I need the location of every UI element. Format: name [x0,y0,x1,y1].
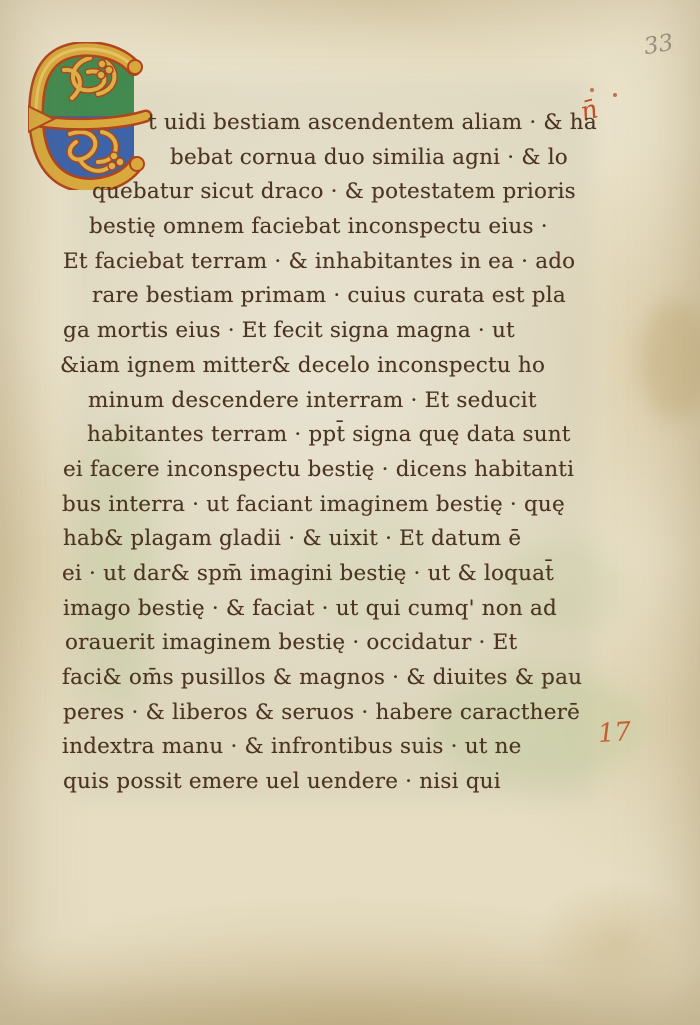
initial-finial [128,60,142,74]
text-line: &iam ignem mitter& decelo inconspectu ho [60,349,700,384]
text-line: peres · & liberos & seruos · habere cara… [63,696,700,731]
text-line: ei · ut dar& spm̄ imagini bestię · ut & … [62,557,700,592]
text-line: bebat cornua duo similia agni · & lo [170,141,700,176]
text-block: t uidi bestiam ascendentem aliam · & ha … [0,106,700,800]
text-line: imago bestię · & faciat · ut qui cumq' n… [63,592,700,627]
ink-dot [613,93,617,97]
manuscript-page: 33 n̄ 17 [0,0,700,1025]
ink-dot [590,88,594,92]
text-line: minum descendere interram · Et seducit [88,384,700,419]
text-line: hab& plagam gladii · & uixit · Et datum … [63,522,700,557]
text-line: orauerit imaginem bestię · occidatur · E… [65,626,700,661]
text-line: faci& om̄s pusillos & magnos · & diuites… [62,661,700,696]
text-line: quebatur sicut draco · & potestatem prio… [92,175,700,210]
text-line: habitantes terram · ppt̄ signa quę data … [87,418,700,453]
text-line: indextra manu · & infrontibus suis · ut … [62,730,700,765]
text-line: quis possit emere uel uendere · nisi qui [63,765,700,800]
text-line: bus interra · ut faciant imaginem bestię… [62,488,700,523]
text-line: bestię omnem faciebat inconspectu eius · [89,210,700,245]
text-line: Et faciebat terram · & inhabitantes in e… [63,245,700,280]
text-line: ga mortis eius · Et fecit signa magna · … [63,314,700,349]
text-line: t uidi bestiam ascendentem aliam · & ha [148,106,700,141]
folio-number-pencil: 33 [642,30,675,60]
text-line: ei facere inconspectu bestię · dicens ha… [63,453,700,488]
text-line: rare bestiam primam · cuius curata est p… [92,279,700,314]
